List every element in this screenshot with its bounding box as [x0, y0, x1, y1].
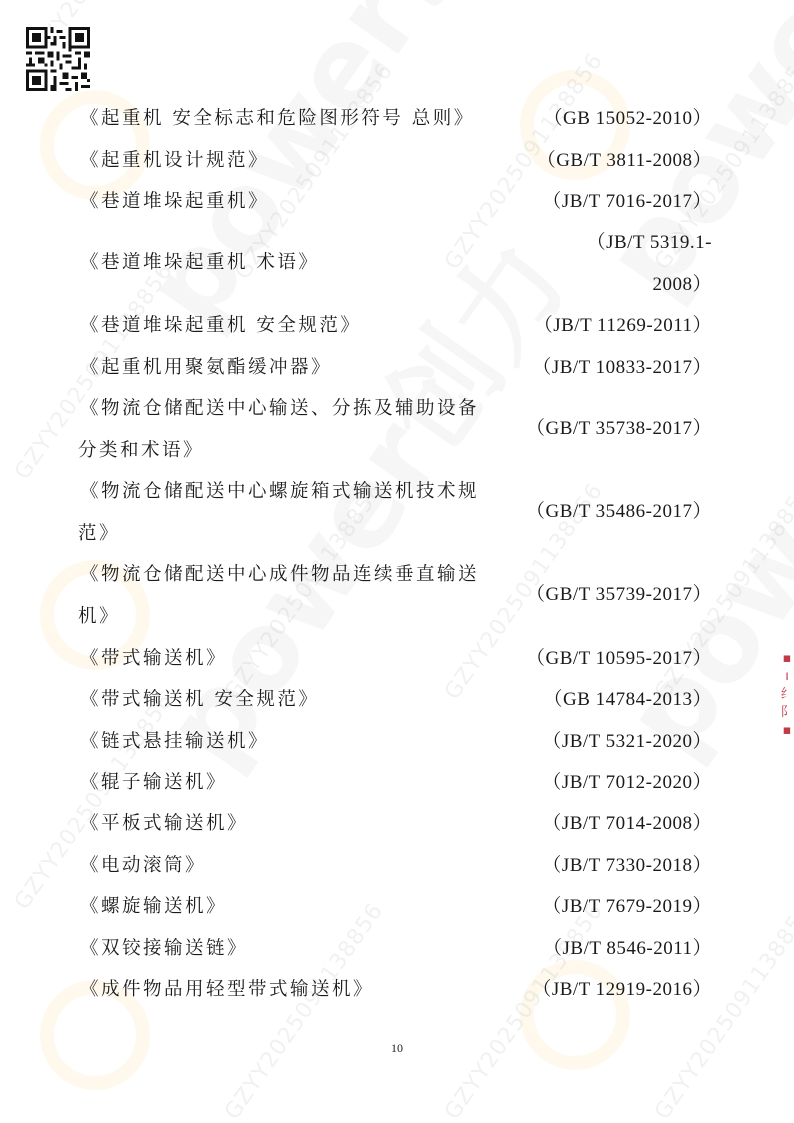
reference-row: 《成件物品用轻型带式输送机》（JB/T 12919-2016） [80, 969, 712, 1011]
reference-row: 《平板式输送机》（JB/T 7014-2008） [80, 803, 712, 845]
reference-title: 《物流仓储配送中心螺旋箱式输送机技术规范》 [80, 471, 490, 554]
reference-standard-code: （JB/T 7330-2018） [542, 845, 712, 887]
reference-standard-code: （GB/T 10595-2017） [526, 638, 712, 680]
reference-standard-code: （GB/T 35738-2017） [526, 408, 712, 450]
reference-standard-code: （GB/T 35739-2017） [526, 574, 712, 616]
reference-row: 《巷道堆垛起重机》（JB/T 7016-2017） [80, 181, 712, 223]
reference-standard-code: （JB/T 5321-2020） [542, 721, 712, 763]
reference-standard-code: （JB/T 5319.1-2008） [587, 222, 712, 305]
reference-standard-code: （GB/T 35486-2017） [526, 491, 712, 533]
reference-title-line: 《物流仓储配送中心输送、分拣及辅助设备 [80, 388, 490, 430]
reference-title: 《带式输送机 安全规范》 [80, 679, 490, 721]
page-number: 10 [0, 1041, 794, 1056]
reference-row: 《螺旋输送机》（JB/T 7679-2019） [80, 886, 712, 928]
reference-title: 《带式输送机》 [80, 638, 490, 680]
reference-title-line: 机》 [78, 596, 490, 638]
reference-row: 《物流仓储配送中心输送、分拣及辅助设备分类和术语》（GB/T 35738-201… [80, 388, 712, 471]
reference-title: 《巷道堆垛起重机 术语》 [80, 242, 490, 284]
reference-title: 《物流仓储配送中心成件物品连续垂直输送机》 [80, 554, 490, 637]
reference-standard-code: （JB/T 12919-2016） [532, 969, 712, 1011]
reference-title: 《辊子输送机》 [80, 762, 490, 804]
reference-row: 《电动滚筒》（JB/T 7330-2018） [80, 845, 712, 887]
reference-title-line: 分类和术语》 [78, 430, 490, 472]
reference-row: 《带式输送机 安全规范》（GB 14784-2013） [80, 679, 712, 721]
reference-row: 《物流仓储配送中心成件物品连续垂直输送机》（GB/T 35739-2017） [80, 554, 712, 637]
document-page: power创力 power创力 power创力 power创力 GZYY2025… [0, 0, 794, 1123]
reference-title: 《链式悬挂输送机》 [80, 721, 490, 763]
reference-standard-code: （GB 14784-2013） [544, 679, 712, 721]
reference-standard-code: （JB/T 8546-2011） [543, 928, 712, 970]
reference-standard-code: （GB/T 3811-2008） [537, 140, 712, 182]
reference-row: 《起重机用聚氨酯缓冲器》（JB/T 10833-2017） [80, 347, 712, 389]
reference-row: 《物流仓储配送中心螺旋箱式输送机技术规范》（GB/T 35486-2017） [80, 471, 712, 554]
reference-code-line: 2008） [587, 264, 712, 306]
reference-row: 《起重机设计规范》（GB/T 3811-2008） [80, 140, 712, 182]
reference-row: 《带式输送机》（GB/T 10595-2017） [80, 638, 712, 680]
reference-title: 《起重机用聚氨酯缓冲器》 [80, 347, 490, 389]
reference-title: 《起重机 安全标志和危险图形符号 总则》 [80, 98, 490, 140]
reference-code-line: （JB/T 5319.1- [587, 222, 712, 264]
reference-title: 《双铰接输送链》 [80, 928, 490, 970]
reference-standard-code: （JB/T 7016-2017） [542, 181, 712, 223]
reference-row: 《巷道堆垛起重机 术语》（JB/T 5319.1-2008） [80, 222, 712, 305]
qr-code-icon[interactable] [26, 27, 90, 91]
reference-row: 《辊子输送机》（JB/T 7012-2020） [80, 762, 712, 804]
reference-title: 《巷道堆垛起重机》 [80, 181, 490, 223]
reference-standard-code: （JB/T 10833-2017） [532, 347, 712, 389]
reference-row: 《双铰接输送链》（JB/T 8546-2011） [80, 928, 712, 970]
reference-standard-code: （JB/T 11269-2011） [534, 305, 712, 347]
reference-standard-code: （JB/T 7014-2008） [542, 803, 712, 845]
reference-title: 《电动滚筒》 [80, 845, 490, 887]
reference-row: 《链式悬挂输送机》（JB/T 5321-2020） [80, 721, 712, 763]
reference-title: 《物流仓储配送中心输送、分拣及辅助设备分类和术语》 [80, 388, 490, 471]
reference-row: 《起重机 安全标志和危险图形符号 总则》（GB 15052-2010） [80, 98, 712, 140]
reference-title-line: 《物流仓储配送中心成件物品连续垂直输送 [80, 554, 490, 596]
reference-standard-code: （GB 15052-2010） [544, 98, 712, 140]
reference-title: 《成件物品用轻型带式输送机》 [80, 969, 490, 1011]
reference-title-line: 范》 [78, 513, 490, 555]
side-stamp-fragment: ▪ı纟阝▪ [780, 650, 794, 750]
reference-row: 《巷道堆垛起重机 安全规范》（JB/T 11269-2011） [80, 305, 712, 347]
reference-title: 《起重机设计规范》 [80, 140, 490, 182]
reference-standard-code: （JB/T 7012-2020） [542, 762, 712, 804]
reference-title: 《平板式输送机》 [80, 803, 490, 845]
reference-title: 《螺旋输送机》 [80, 886, 490, 928]
reference-standard-code: （JB/T 7679-2019） [542, 886, 712, 928]
reference-title-line: 《物流仓储配送中心螺旋箱式输送机技术规 [80, 471, 490, 513]
reference-title: 《巷道堆垛起重机 安全规范》 [80, 305, 490, 347]
